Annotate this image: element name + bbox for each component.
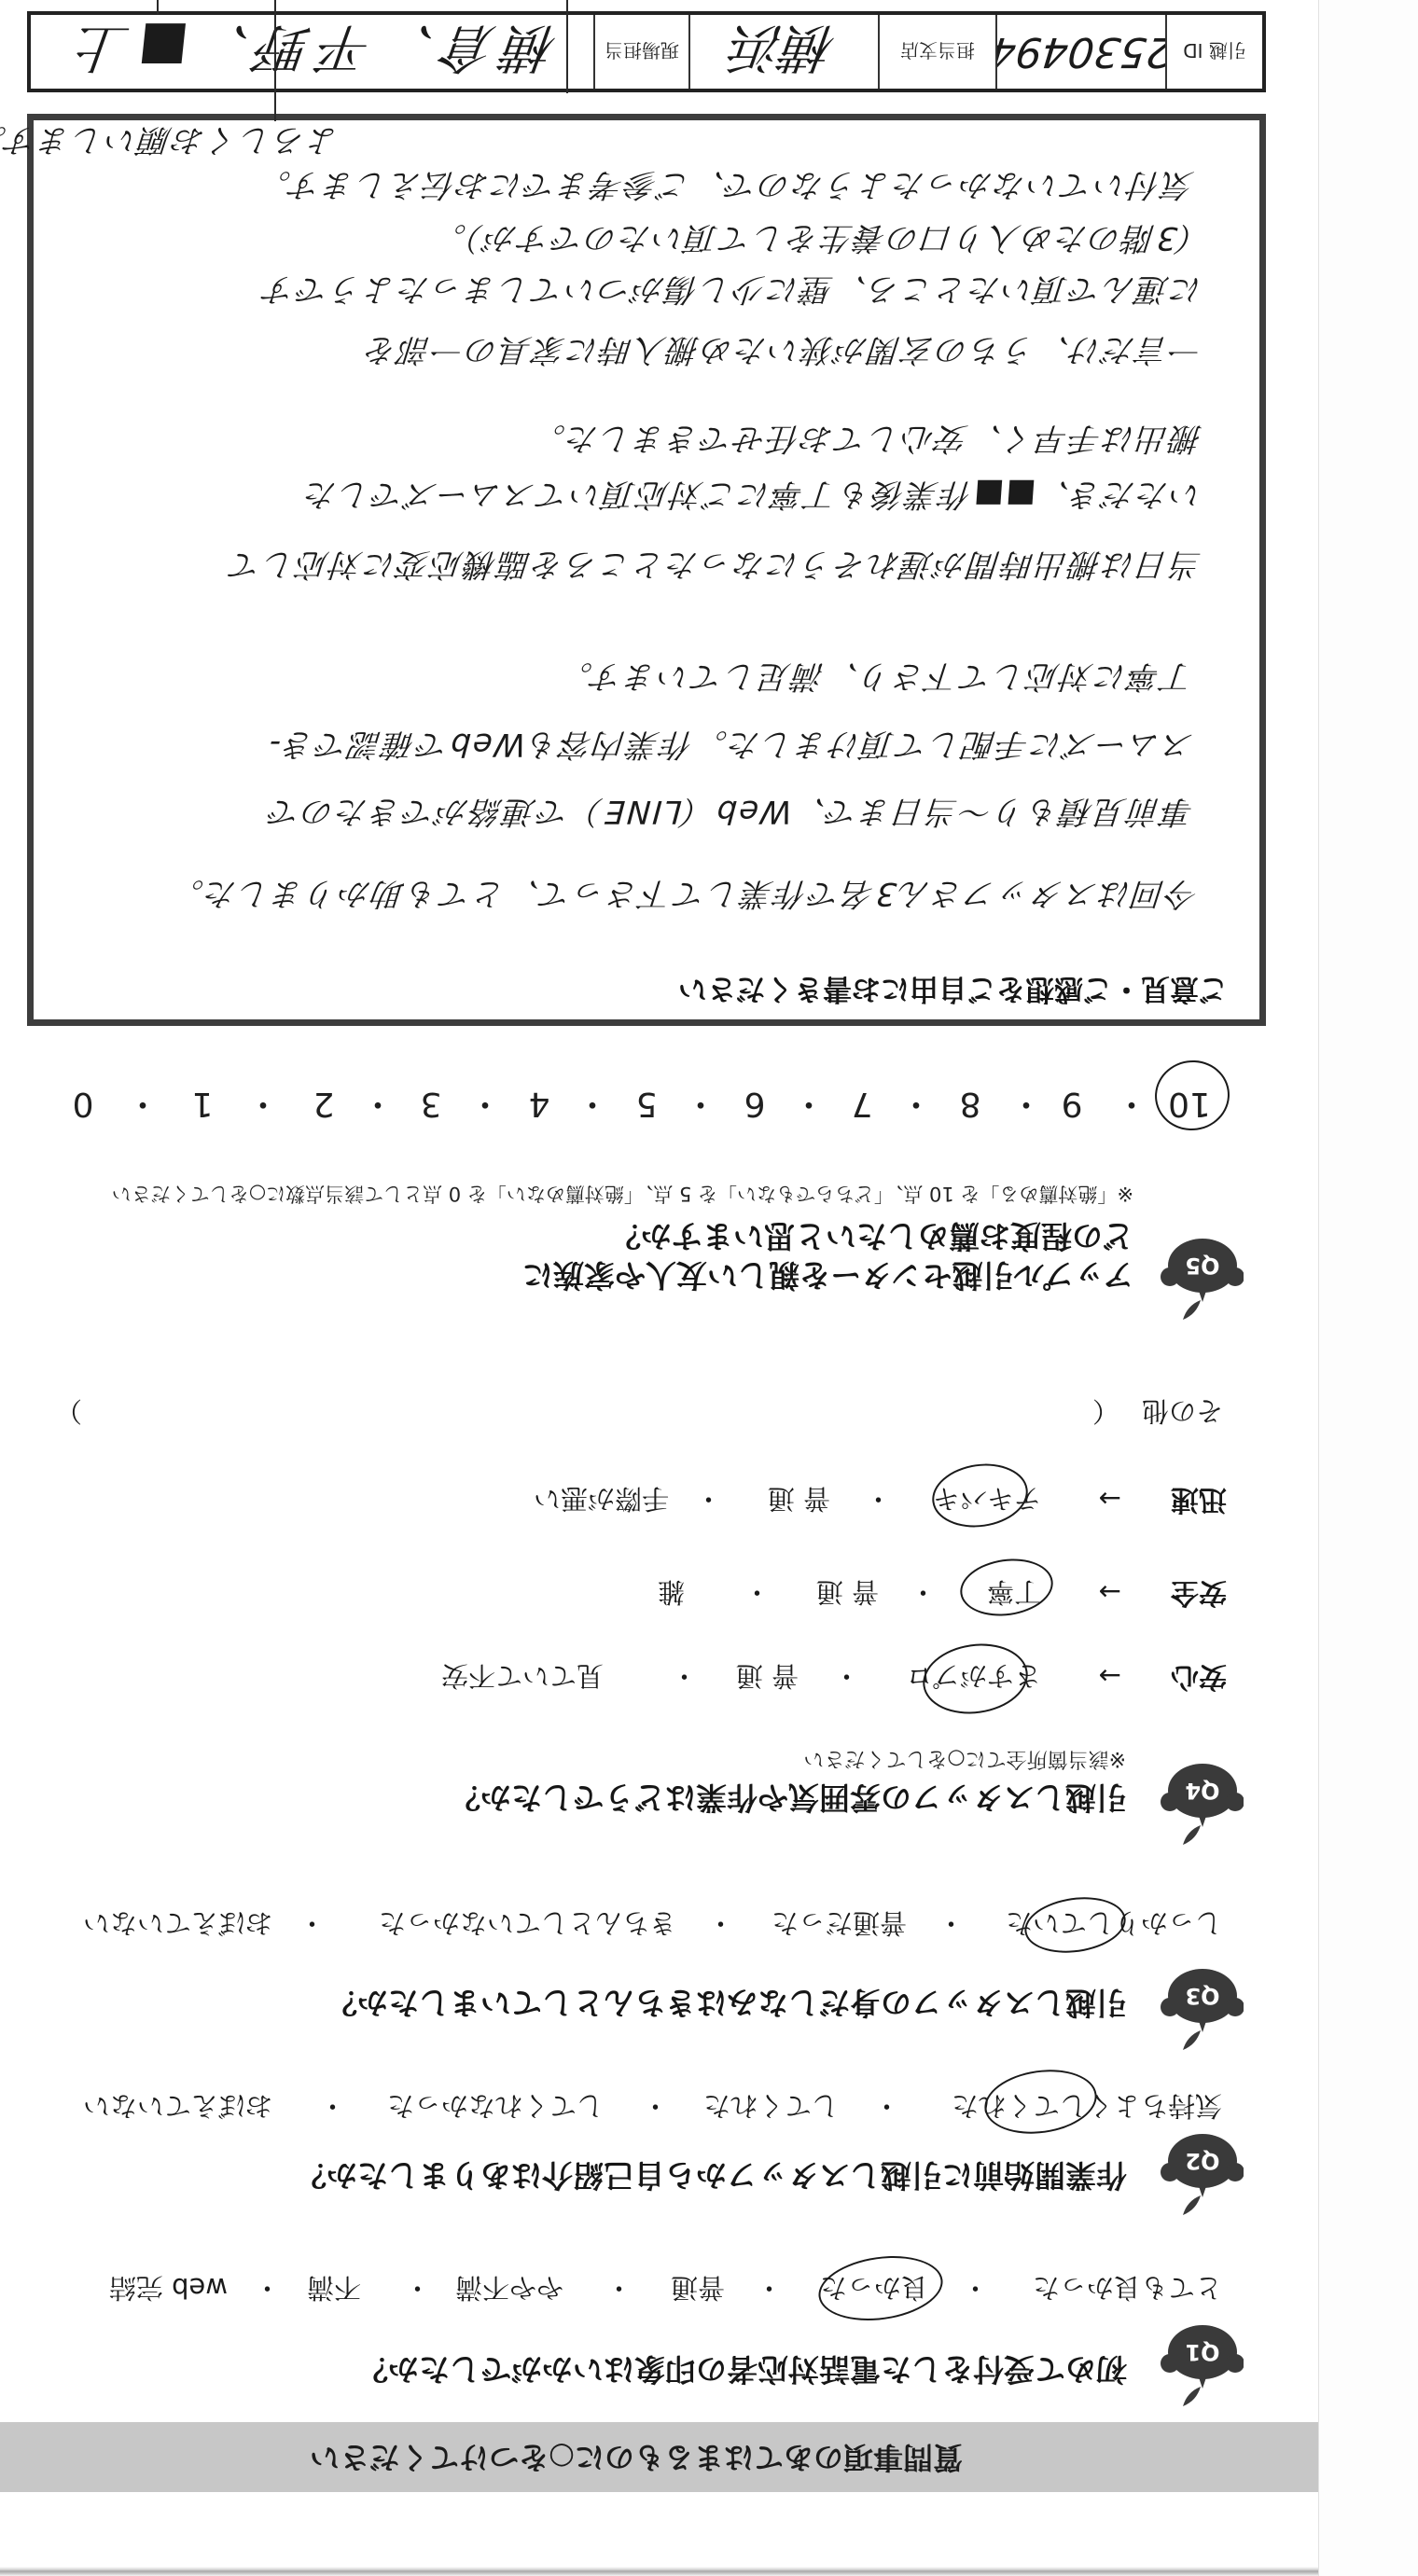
q3-question: 引越しスタッフの身だしなみはきちんとしていましたか？ [327,1986,1127,2019]
separator-dot: ・ [684,1087,717,1120]
separator-dot: ・ [962,2271,989,2305]
arrow-right-icon: → [1099,1482,1121,1516]
q5-score-6: 6 [744,1087,766,1120]
q4-other-label: その他 [1142,1394,1223,1428]
separator-dot: ・ [468,1087,502,1120]
q4-other-open-paren: （ [1092,1394,1119,1428]
move-id-label-cell: 引越 ID [1167,15,1262,89]
arrow-right-icon: → [1099,1659,1121,1693]
handwritten-comment-line: 丁寧に対応して下さり、満足しています。 [557,656,1195,697]
q3-option-not-neat: きちんとしていなかった [379,1906,676,1940]
separator-dot: ・ [576,1087,609,1120]
staff-label: 現場担当 [605,38,679,65]
apple-q5-badge-icon: Q5 [1160,1236,1244,1322]
move-id-value: 2530494 [997,28,1167,76]
separator-dot: ・ [361,1087,395,1120]
separator-dot: ・ [707,1906,734,1940]
q1-selection-circle [814,2249,947,2328]
q4-reassurance-option-normal: 普 通 [736,1659,799,1693]
q5-question-line-1: アップル引越センターを親しい友人や家族に [522,1258,1133,1292]
branch-label: 担当支店 [900,38,975,65]
separator-dot: ・ [319,2089,346,2123]
q4-safety-option-rough: 雑 [658,1575,685,1609]
separator-dot: ・ [299,1906,326,1940]
page-edge-shadow [0,2567,1318,2576]
apple-q3-badge-icon: Q3 [1160,1966,1244,2052]
q1-option-slightly-dissatisfied: やや不満 [455,2271,563,2305]
svg-text:Q1: Q1 [1185,2339,1219,2365]
move-id-label: 引越 ID [1183,38,1246,65]
q5-score-5: 5 [636,1087,658,1120]
separator-dot: ・ [1009,1087,1043,1120]
handwritten-comment-line: いただき、■■作業後も丁寧にご対応頂いてスムーズでした [302,474,1204,515]
separator-dot: ・ [605,2271,633,2305]
apple-q2-badge-icon: Q2 [1160,2131,1244,2217]
handwritten-comment-line: 一言だけ、うちの玄関が狭いため搬入時に家具の一部を [363,329,1204,370]
separator-dot: ・ [404,2271,431,2305]
separator-dot: ・ [642,2089,669,2123]
pen-stroke [157,0,159,14]
q4-speed-option-normal: 普 通 [768,1482,830,1516]
q5-score-9: 9 [1062,1087,1083,1120]
q5-score-1: 1 [192,1087,214,1120]
pen-stroke [566,0,568,93]
q2-option-dont-remember: おぼえていない [83,2089,272,2123]
scanner-margin [1318,0,1418,2576]
handwritten-comment-line: よろしくお願いします。 [0,119,341,160]
q3-option-normal: 普通だった [772,1906,907,1940]
staff-value: 横倉、平野、■上 [63,15,561,89]
q4-reassurance-option-uneasy: 見ていて不安 [441,1659,604,1693]
q4-speed-option-clumsy: 手際が悪い [534,1482,669,1516]
q5-score-7: 7 [852,1087,873,1120]
q4-other-close-paren: ） [55,1394,82,1428]
separator-dot: ・ [873,2089,900,2123]
q1-option-dissatisfied: 不満 [307,2271,361,2305]
separator-dot: ・ [126,1087,160,1120]
separator-dot: ・ [695,1482,722,1516]
q4-row-label-reassurance: 安心 [1171,1659,1227,1693]
separator-dot: ・ [254,2271,281,2305]
handwritten-comment-line: 搬出は手早く、安心してお任せできました。 [530,418,1203,459]
separator-dot: ・ [246,1087,280,1120]
handwritten-comment-line: 当日は搬出時間が遅れそうになったところを臨機応変に対応して [227,544,1203,585]
separator-dot: ・ [899,1087,933,1120]
separator-dot: ・ [1115,1087,1148,1120]
q4-speed-selection-circle [928,1458,1032,1533]
separator-dot: ・ [744,1575,771,1609]
separator-dot: ・ [938,1906,965,1940]
apple-q4-badge-icon: Q4 [1160,1761,1244,1847]
handwritten-comment-line: 事前見積もり〜当日まで、Web（LINE）で連絡ができたので [266,791,1195,832]
q2-question: 作業開始前に引越しスタッフから自己紹介はありましたか？ [296,2158,1127,2192]
staff-label-cell: 現場担当 [595,15,690,89]
branch-label-cell: 担当支店 [880,15,997,89]
separator-dot: ・ [756,2271,783,2305]
svg-text:Q2: Q2 [1185,2148,1219,2174]
handwritten-comment-line: （3階のため入り口の養生をして頂いたのですが）。 [431,217,1213,258]
staff-value-cell: 横倉、平野、■上 [31,15,595,89]
scanned-survey-page: 質問事項のあてはまるものに○をつけてください Q1 初めて受付をした電話対応者の… [0,0,1418,2576]
q5-score-2: 2 [313,1087,335,1120]
handwritten-comment-line: 気付いていなかったようなので、ご参考までにお伝えします。 [256,164,1196,205]
move-info-table: 引越 ID 2530494 担当支店 横浜 現場担当 横倉、平野、■上 [27,11,1266,92]
pen-stroke [274,0,276,121]
q5-question-line-2: どの程度お薦めしたいと思いますか？ [610,1219,1133,1253]
arrow-right-icon: → [1099,1575,1121,1609]
q5-note: ※「絶対薦める」を 10 点、「どちらでもない」を 5 点、「絶対薦めない」を … [112,1183,1133,1205]
handwritten-comment-line: スムーズに手配して頂けました。作業内容もWebで確認でき- [266,724,1195,765]
branch-value-cell: 横浜 [690,15,880,89]
q1-option-normal: 普通 [671,2271,725,2305]
q4-note: ※該当箇所全てに○をしてください [803,1747,1126,1769]
q4-row-label-safety: 安全 [1171,1575,1227,1609]
q5-score-8: 8 [960,1087,981,1120]
q5-score-4: 4 [529,1087,550,1120]
separator-dot: ・ [792,1087,826,1120]
q5-selection-circle [1150,1056,1234,1135]
handwritten-comment-line: に運んで頂いたところ、壁に少し傷がついてしまったようです [260,269,1203,310]
separator-dot: ・ [865,1482,892,1516]
q4-question: 引越しスタッフの雰囲気や作業はどうでしたか？ [450,1780,1127,1814]
q5-score-0: 0 [73,1087,94,1120]
separator-dot: ・ [910,1575,937,1609]
svg-text:Q4: Q4 [1185,1778,1219,1804]
q4-safety-option-normal: 普 通 [816,1575,879,1609]
apple-q1-badge-icon: Q1 [1160,2322,1244,2408]
q4-safety-selection-circle [956,1553,1056,1621]
move-id-value-cell: 2530494 [997,15,1167,89]
q3-selection-circle [1021,1891,1129,1960]
q2-option-did-not: してくれなかった [387,2089,604,2123]
q2-selection-circle [980,2063,1101,2140]
q2-option-did: してくれた [703,2089,839,2123]
handwritten-comment-line: 今回はスタッフさん3名で作業して下さって、とても助かりました。 [169,873,1201,914]
instruction-banner: 質問事項のあてはまるものに○をつけてください [0,2422,1318,2492]
comment-heading: ご意見・ご感想をご自由にお書きください [678,972,1228,1005]
q5-score-3: 3 [421,1087,442,1120]
svg-text:Q5: Q5 [1185,1253,1219,1279]
q1-option-very-good: とても良かった [1033,2271,1222,2305]
instruction-banner-text: 質問事項のあてはまるものに○をつけてください [310,2440,963,2475]
q1-option-web-complete: web 完結 [109,2271,228,2305]
svg-text:Q3: Q3 [1185,1983,1219,2009]
q4-row-label-speed: 迅速 [1171,1482,1227,1516]
branch-value: 横浜 [728,15,840,89]
q4-reassurance-selection-circle [918,1637,1032,1720]
q3-option-dont-remember: おぼえていない [83,1906,272,1940]
separator-dot: ・ [833,1659,860,1693]
separator-dot: ・ [671,1659,698,1693]
q1-question: 初めて受付をした電話対応者の印象はいかがでしたか？ [357,2352,1127,2386]
